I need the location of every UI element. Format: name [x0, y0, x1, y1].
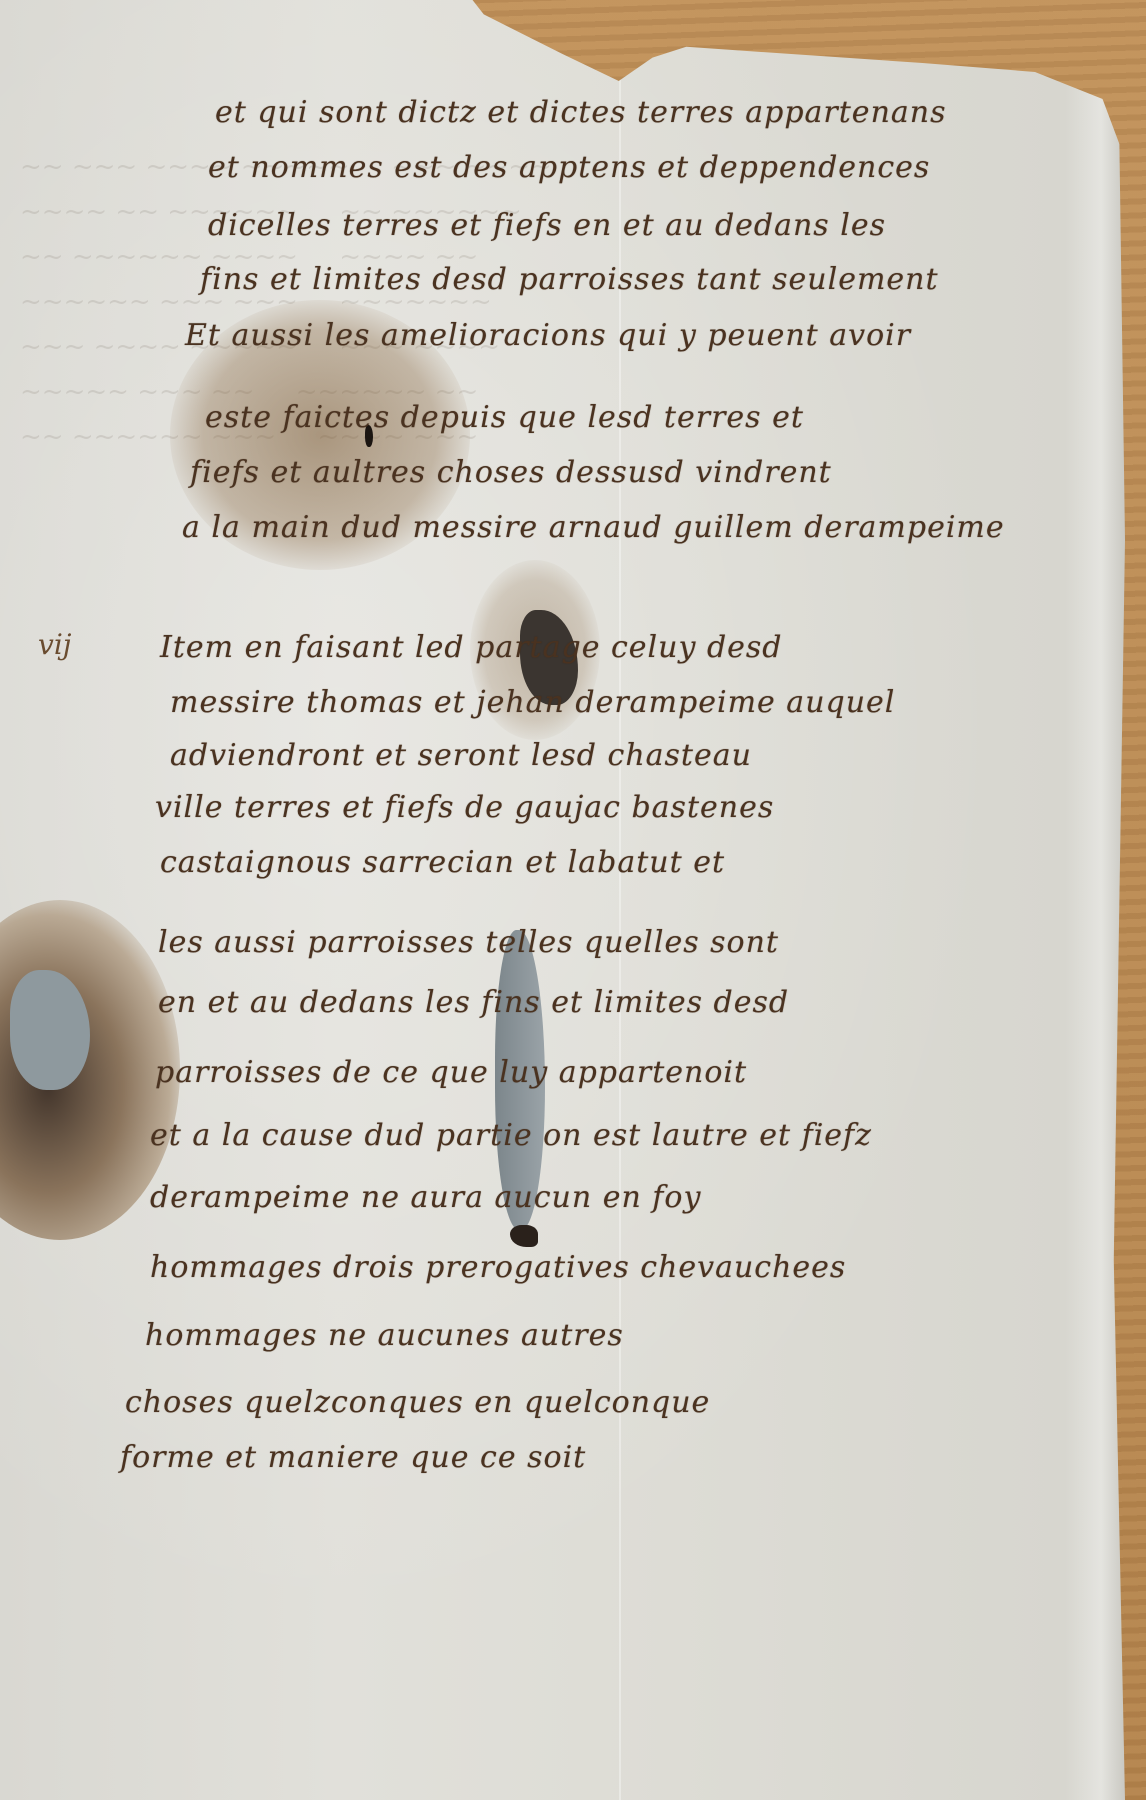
text-line: choses quelzconques en quelconque [125, 1385, 710, 1420]
margin-note: vij [38, 628, 71, 661]
text-line: et nommes est des apptens et deppendence… [208, 150, 930, 185]
text-line: a la main dud messire arnaud guillem der… [182, 510, 1005, 545]
text-line: este faictes depuis que lesd terres et [205, 400, 804, 435]
text-line: en et au dedans les fins et limites desd [158, 985, 789, 1020]
text-line: dicelles terres et fiefs en et au dedans… [208, 208, 886, 243]
text-line: parroisses de ce que luy appartenoit [155, 1055, 747, 1090]
text-line: hommages ne aucunes autres [145, 1318, 624, 1353]
text-line: derampeime ne aura aucun en foy [150, 1180, 701, 1215]
text-line: Item en faisant led partage celuy desd [160, 630, 783, 665]
text-line: ville terres et fiefs de gaujac bastenes [155, 790, 774, 825]
text-line: et a la cause dud partie on est lautre e… [150, 1118, 872, 1153]
text-line: adviendront et seront lesd chasteau [170, 738, 752, 773]
text-line: Et aussi les amelioracions qui y peuent … [185, 318, 911, 353]
text-line: fins et limites desd parroisses tant seu… [200, 262, 939, 297]
text-line: castaignous sarrecian et labatut et [160, 845, 725, 880]
text-line: et qui sont dictz et dictes terres appar… [215, 95, 947, 130]
text-line: les aussi parroisses telles quelles sont [158, 925, 779, 960]
text-line: hommages drois prerogatives chevauchees [150, 1250, 846, 1285]
text-line: forme et maniere que ce soit [120, 1440, 586, 1475]
text-line: messire thomas et jehan derampeime auque… [170, 685, 895, 720]
manuscript-text: vij et qui sont dictz et dictes terres a… [0, 0, 1146, 1800]
text-line: fiefs et aultres choses dessusd vindrent [190, 455, 832, 490]
